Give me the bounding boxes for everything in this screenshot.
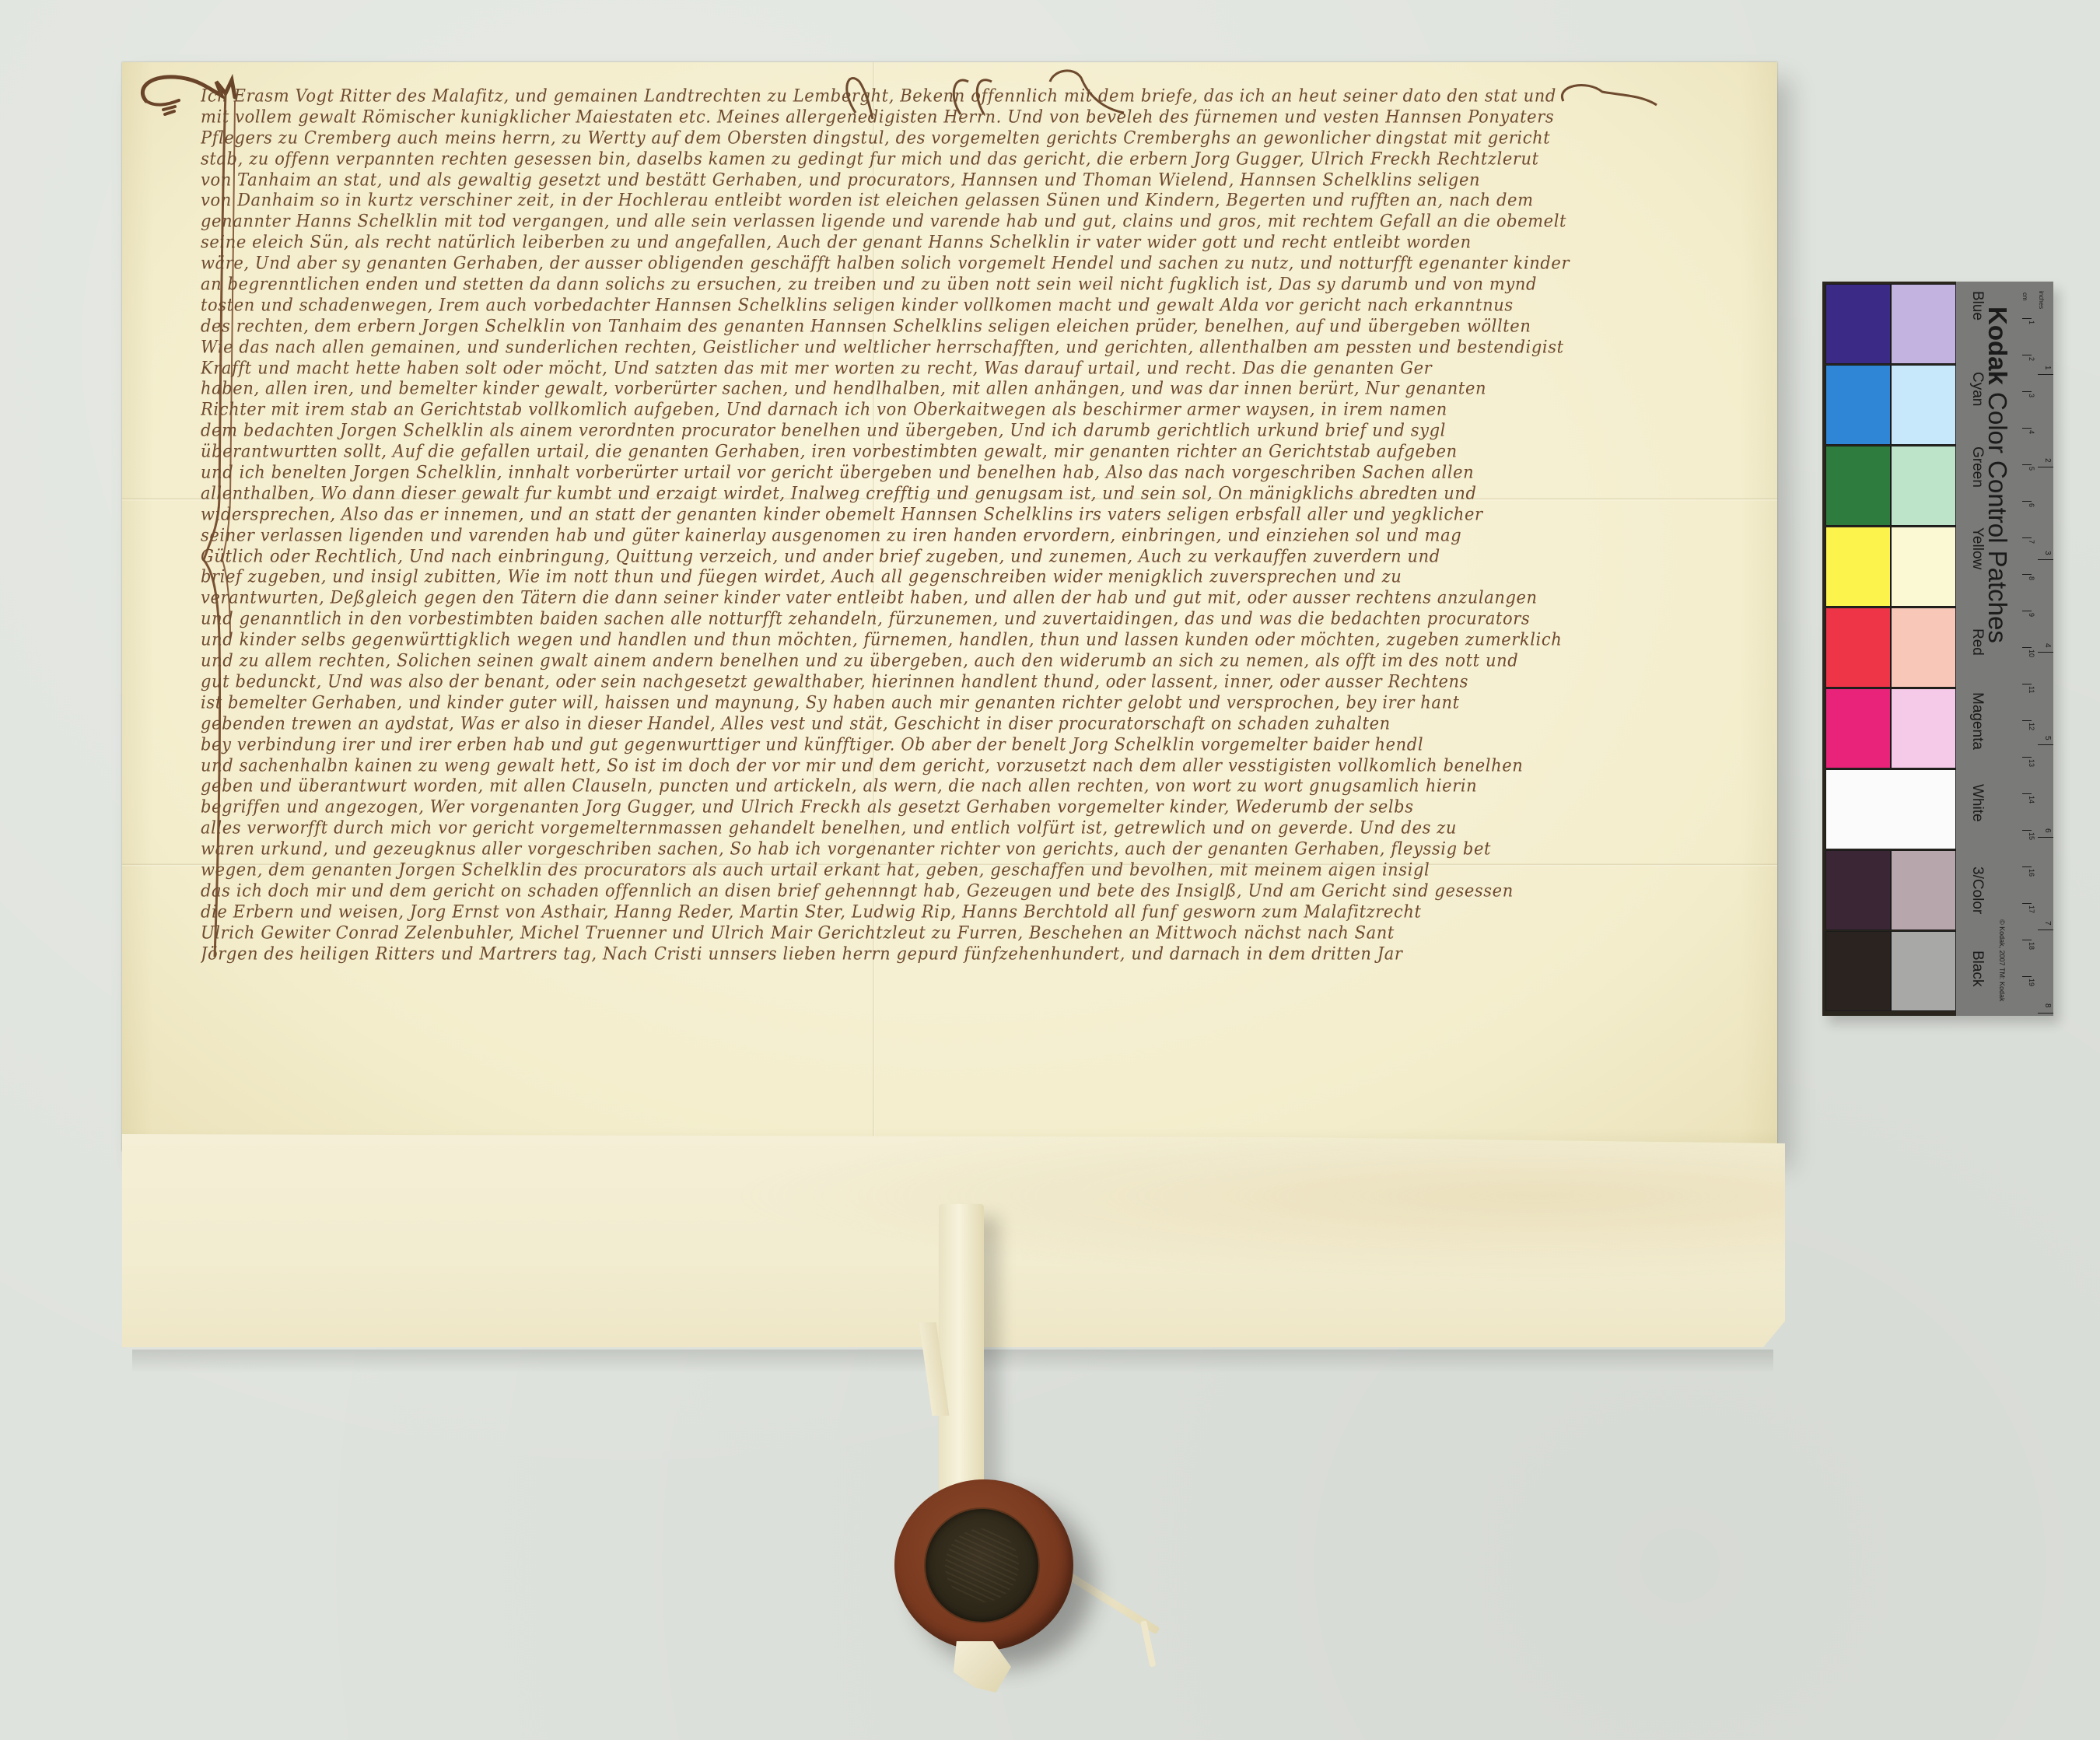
text-line: und zu allem rechten, Solichen seinen gw… — [201, 649, 1756, 671]
text-line: überantwurtten sollt, Auf die gefallen u… — [201, 440, 1756, 462]
ruler-inch-8: 8 — [2043, 1003, 2052, 1008]
kodak-brand: Kodak — [1983, 306, 2012, 385]
patch-row-blue — [1825, 284, 1956, 365]
patch-blue-dark — [1825, 284, 1891, 364]
text-line: dem bedachten Jorgen Schelklin als ainem… — [201, 420, 1756, 442]
ruler-inch-4: 4 — [2043, 643, 2052, 648]
text-line: gut bedunckt, Und was also der benant, o… — [201, 670, 1756, 692]
patch-row-red — [1825, 607, 1956, 688]
text-line-dating-clause — [201, 964, 1756, 986]
patch-black-dark — [1825, 931, 1891, 1011]
text-line: Richter mit irem stab an Gerichtstab vol… — [201, 399, 1756, 421]
kodak-copyright: © Kodak, 2007 TM: Kodak — [1998, 919, 2006, 1002]
text-line: genannter Hanns Schelklin mit tod vergan… — [201, 211, 1756, 233]
ruler-cm-5: 5 — [2028, 467, 2035, 471]
seal-figure-icon — [945, 1528, 1019, 1602]
patch-magenta-dark — [1825, 688, 1891, 768]
text-line: von Tanhaim an stat, und als gewaltig ge… — [201, 169, 1756, 191]
ruler-cm-9: 9 — [2028, 613, 2035, 617]
patch-row-green — [1825, 446, 1956, 527]
text-line: an begrenntlichen enden und stetten da d… — [201, 273, 1756, 295]
patch-red-dark — [1825, 607, 1891, 688]
text-line: stab, zu offenn verpannten rechten geses… — [201, 148, 1756, 170]
text-line: tosten und schadenwegen, Irem auch vorbe… — [201, 294, 1756, 316]
text-line: brief zugeben, und insigl zubitten, Wie … — [201, 566, 1756, 588]
ruler-cm-6: 6 — [2028, 503, 2035, 507]
ruler-cm-14: 14 — [2028, 796, 2035, 803]
patch-row-black — [1825, 931, 1956, 1012]
patch-label-magenta: Magenta — [1969, 692, 1986, 750]
ruler-cm-1: 1 — [2028, 320, 2035, 324]
charter-text: Ich Erasm Vogt Ritter des Malafitz, und … — [201, 86, 1756, 985]
text-line: und sachenhalbn kainen zu weng gewalt he… — [201, 754, 1756, 776]
text-line: seiner verlassen ligenden und varenden h… — [201, 524, 1756, 546]
ruler-inch-6: 6 — [2043, 828, 2052, 833]
ruler-inch-label: inches — [2038, 291, 2045, 309]
patch-3color-light — [1891, 850, 1956, 930]
ruler-cm-18: 18 — [2028, 942, 2035, 950]
color-patches — [1825, 284, 1956, 1014]
text-line: gebenden trewen an aydstat, Was er also … — [201, 712, 1756, 734]
text-line: von Danhaim so in kurtz verschiner zeit,… — [201, 190, 1756, 212]
ruler-cm-16: 16 — [2028, 869, 2035, 877]
text-line: Ulrich Gewiter Conrad Zelenbuhler, Miche… — [201, 922, 1756, 944]
ruler-cm-11: 11 — [2028, 686, 2035, 693]
ruler-cm-4: 4 — [2028, 430, 2035, 434]
text-line: Gütlich oder Rechtlich, Und nach einbrin… — [201, 545, 1756, 567]
patch-row-magenta — [1825, 688, 1956, 769]
patch-row-yellow — [1825, 527, 1956, 607]
text-line: widersprechen, Also das er innemen, und … — [201, 503, 1756, 525]
patch-blue-light — [1891, 284, 1956, 364]
patch-green-dark — [1825, 446, 1891, 526]
seal-tag-knot — [950, 1641, 1011, 1693]
patch-3color-dark — [1825, 850, 1891, 930]
text-line: wäre, Und aber sy genanten Gerhaben, der… — [201, 252, 1756, 274]
ruler-cm-8: 8 — [2028, 576, 2035, 580]
text-line: des rechten, dem erbern Jorgen Schelklin… — [201, 315, 1756, 337]
ruler-cm-2: 2 — [2028, 357, 2035, 361]
ruler-cm-10: 10 — [2028, 649, 2035, 657]
text-line: Krafft und macht hette haben solt oder m… — [201, 357, 1756, 379]
text-line: waren urkund, und gezeugknus aller vorge… — [201, 838, 1756, 859]
patch-row-cyan — [1825, 365, 1956, 446]
patch-cyan-light — [1891, 365, 1956, 445]
ruler-cm-13: 13 — [2028, 759, 2035, 767]
ruler-inch-2: 2 — [2043, 458, 2052, 463]
ruler-cm-7: 7 — [2028, 540, 2035, 544]
text-line: Jörgen des heiligen Ritters und Martrers… — [201, 943, 1756, 965]
text-line: haben, allen iren, und bemelter kinder g… — [201, 378, 1756, 400]
patch-black-light — [1891, 931, 1956, 1011]
ruler-cm-15: 15 — [2028, 832, 2035, 840]
patch-yellow-light — [1891, 527, 1956, 607]
ruler-cm-label: cm — [2021, 292, 2028, 301]
kodak-ruler-panel: Blue Cyan Green Yellow Red Magenta White… — [1956, 282, 2053, 1016]
text-line: Ich Erasm Vogt Ritter des Malafitz, und … — [201, 85, 1756, 107]
patch-label-white: White — [1969, 784, 1986, 822]
text-line: verantwurten, Deßgleich gegen den Tätern… — [201, 587, 1756, 609]
text-line: ist bemelter Gerhaben, und kinder guter … — [201, 691, 1756, 713]
text-line: begriffen und angezogen, Wer vorgenanten… — [201, 796, 1756, 818]
text-line: und ich benelten Jorgen Schelklin, innha… — [201, 461, 1756, 483]
patch-cyan-dark — [1825, 365, 1891, 445]
patch-row-3color — [1825, 850, 1956, 931]
patch-white — [1825, 769, 1956, 849]
text-line: bey verbindung irer und irer erben hab u… — [201, 733, 1756, 755]
patch-magenta-light — [1891, 688, 1956, 768]
text-line: wegen, dem genanten Jorgen Schelklin des… — [201, 859, 1756, 881]
patch-label-black: Black — [1969, 951, 1986, 986]
patch-yellow-dark — [1825, 527, 1891, 607]
ruler-inch-1: 1 — [2043, 366, 2052, 370]
text-line: Pflegers zu Cremberg auch meins herrn, z… — [201, 127, 1756, 149]
text-line: und genanntlich in den vorbestimbten bai… — [201, 608, 1756, 630]
patch-row-white — [1825, 769, 1956, 850]
ruler-inch-5: 5 — [2043, 736, 2052, 740]
text-line: allenthalben, Wo dann dieser gewalt fur … — [201, 482, 1756, 504]
ruler-inch-7: 7 — [2043, 921, 2052, 926]
ruler-cm-19: 19 — [2028, 979, 2035, 986]
ruler-cm-12: 12 — [2028, 723, 2035, 730]
ruler-cm-3: 3 — [2028, 394, 2035, 397]
patch-label-3color: 3/Color — [1969, 866, 1986, 914]
ruler-cm-17: 17 — [2028, 905, 2035, 913]
text-line: die Erbern und weisen, Jorg Ernst von As… — [201, 901, 1756, 923]
text-line: das ich doch mir und dem gericht on scha… — [201, 880, 1756, 902]
kodak-product-title: Color Control Patches — [1983, 392, 2012, 643]
patch-red-light — [1891, 607, 1956, 688]
text-line: alles verworfft durch mich vor gericht v… — [201, 817, 1756, 838]
text-line: seine eleich Sün, als recht natürlich le… — [201, 232, 1756, 254]
ruler-inch-3: 3 — [2043, 551, 2052, 555]
kodak-title: Kodak Color Control Patches — [1983, 306, 2012, 643]
kodak-color-control-strip: Blue Cyan Green Yellow Red Magenta White… — [1822, 282, 2053, 1016]
text-line: Wie das nach allen gemainen, und sunderl… — [201, 336, 1756, 358]
text-line: mit vollem gewalt Römischer kunigklicher… — [201, 106, 1756, 128]
text-line: geben und überantwurt worden, mit allen … — [201, 775, 1756, 797]
patch-green-light — [1891, 446, 1956, 526]
text-line: und kinder selbs gegenwürttigklich wegen… — [201, 628, 1756, 650]
